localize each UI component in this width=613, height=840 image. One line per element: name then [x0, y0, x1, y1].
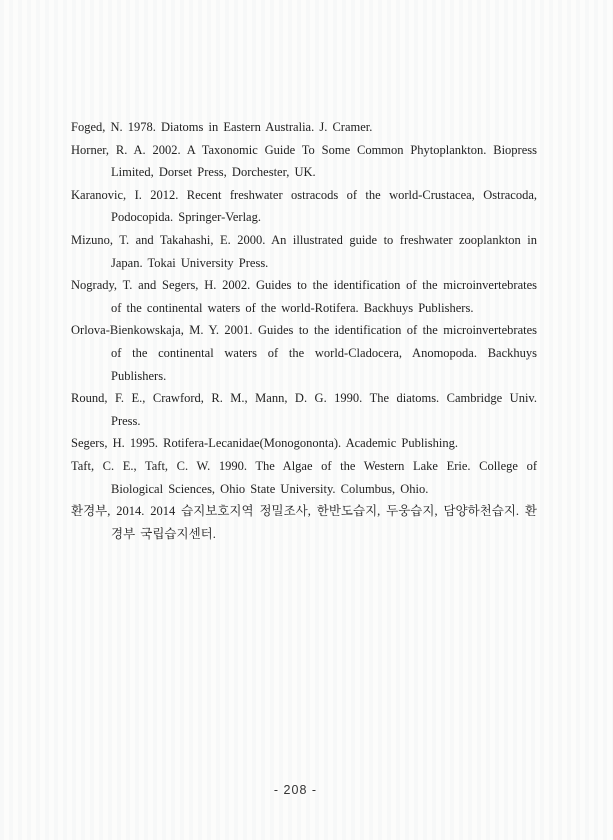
- reference-list: Foged, N. 1978. Diatoms in Eastern Austr…: [71, 116, 537, 545]
- reference-entry: Horner, R. A. 2002. A Taxonomic Guide To…: [71, 139, 537, 184]
- reference-entry: Foged, N. 1978. Diatoms in Eastern Austr…: [71, 116, 537, 139]
- document-page: Foged, N. 1978. Diatoms in Eastern Austr…: [0, 0, 613, 840]
- reference-entry: Karanovic, I. 2012. Recent freshwater os…: [71, 184, 537, 229]
- reference-entry: Taft, C. E., Taft, C. W. 1990. The Algae…: [71, 455, 537, 500]
- reference-entry: Mizuno, T. and Takahashi, E. 2000. An il…: [71, 229, 537, 274]
- page-number: - 208 -: [0, 782, 591, 798]
- reference-entry: Round, F. E., Crawford, R. M., Mann, D. …: [71, 387, 537, 432]
- reference-entry: 환경부, 2014. 2014 습지보호지역 정밀조사, 한반도습지, 두웅습지…: [71, 500, 537, 545]
- reference-entry: Nogrady, T. and Segers, H. 2002. Guides …: [71, 274, 537, 319]
- reference-entry: Segers, H. 1995. Rotifera-Lecanidae(Mono…: [71, 432, 537, 455]
- reference-entry: Orlova-Bienkowskaja, M. Y. 2001. Guides …: [71, 319, 537, 387]
